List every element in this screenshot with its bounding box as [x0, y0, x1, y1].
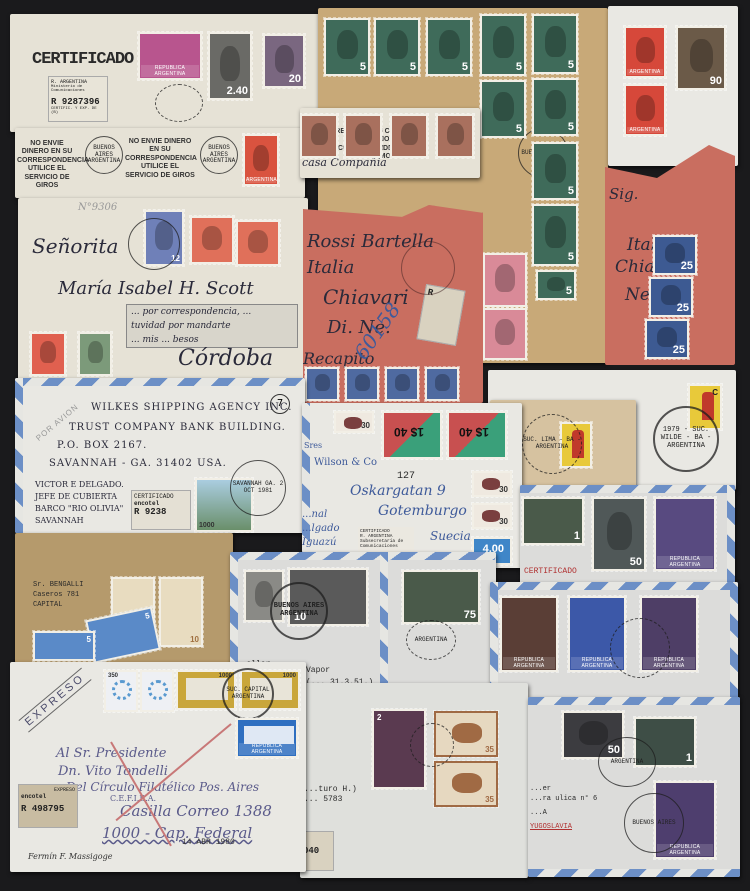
postmark-savannah: SAVANNAH GA. 2 OCT 1981 — [230, 460, 286, 516]
typed-line: Vapor — [306, 666, 330, 675]
stamp — [345, 367, 379, 401]
certificado-heading: CERTIFICADO — [32, 50, 133, 69]
address-line: CAPITAL — [33, 601, 62, 609]
stamp: 25 — [645, 319, 689, 359]
stamp — [436, 114, 474, 158]
stamp-portrait-20: 20 — [263, 34, 305, 88]
address-line: Casilla Correo 1388 — [120, 802, 272, 820]
stamp-red — [190, 216, 234, 264]
cover-certificado: CERTIFICADO R. ARGENTINA Ministerio de C… — [10, 14, 330, 132]
reference-number: 127 — [397, 471, 415, 482]
stamp — [425, 367, 459, 401]
registration-label: R. ARGENTINA Ministerio de Comunicacione… — [48, 76, 108, 122]
stamp: 5 — [532, 14, 578, 74]
stamp: 25 — [653, 235, 697, 275]
address-line: Wilson & Co — [314, 457, 377, 468]
cover-wilkes: POR AVION 7 WILKES SHIPPING AGENCY INC. … — [15, 378, 305, 533]
postmark-lima: SUC. LIMA - BA - ARGENTINA — [522, 414, 582, 474]
stamp-surcharge-1-40: 1$ 40 — [447, 411, 507, 459]
stamp: 5 — [532, 204, 578, 266]
address-line: TRUST COMPANY BANK BUILDING. — [69, 422, 286, 433]
stamp-portrait-50: 50 — [592, 497, 646, 571]
sender-line: Iguazú — [302, 537, 336, 548]
date-stamp: 14 ABR 1980 — [182, 838, 235, 847]
stamp: 5 — [532, 78, 578, 136]
stamp-green — [78, 332, 112, 376]
typed-line: ...ra ulica n° 6 — [530, 795, 597, 803]
cover-slogan-strip: NO ENVIE DINERO EN SU CORRESPONDENCIA UT… — [15, 128, 305, 198]
address-line: Italia — [307, 257, 354, 278]
postmark — [401, 241, 455, 295]
postmark-argentina: ARGENTINA — [598, 737, 656, 787]
address-line: Gotemburgo — [378, 503, 467, 519]
stamp: 5 — [532, 142, 578, 200]
postmark — [410, 723, 454, 767]
postmark: BUENOS AIRES ARGENTINA — [85, 136, 123, 174]
sender-line: ...lgado — [302, 523, 340, 534]
cover-wilson: 30 1$ 40 1$ 40 Sres Wilson & Co 127 Oska… — [302, 403, 522, 568]
registration-label: CERTIFICADO encotel R 9238 — [131, 490, 191, 530]
stamp-san-martin-red: ARGENTINA — [624, 84, 666, 136]
stamp-exposicion-brown: REPUBLICA ARGENTINA — [500, 596, 558, 672]
stamp — [305, 367, 339, 401]
address-line: Caseros 781 — [33, 591, 79, 599]
stamp-10: 10 — [159, 577, 203, 647]
stamp-portrait-2-40: 2.40 — [208, 32, 252, 100]
postmark — [610, 618, 670, 678]
destination-city: Córdoba — [178, 346, 273, 371]
stamp: 5 — [480, 14, 526, 76]
sender-line: VICTOR E DELGADO. — [35, 480, 124, 489]
stamp — [385, 367, 419, 401]
cover-senorita: N°9306 Señorita María Isabel H. Scott ..… — [18, 198, 308, 380]
address-line: P.O. BOX 2167. — [57, 440, 147, 451]
stamp-red — [236, 220, 280, 266]
address-line: Dn. Vito Tondelli — [58, 764, 168, 779]
stamp: 5 — [374, 18, 420, 76]
stamp-san-martin-red: ARGENTINA — [624, 26, 666, 78]
postmark-argentina: ARGENTINA — [406, 620, 456, 660]
stamp: 5 — [536, 270, 576, 300]
stamp-exposicion: REPUBLICA ARGENTINA — [654, 497, 716, 571]
stamp — [300, 114, 338, 158]
stamp-pink-5 — [483, 253, 527, 307]
stamp-portrait-90: 90 — [676, 26, 726, 90]
addressee-name: María Isabel H. Scott — [58, 278, 254, 299]
stamp: 5 — [480, 80, 526, 138]
typed-line: ...turo H.) — [304, 785, 357, 794]
cover-expreso: EXPRESO 350 1000 1000 SUC. CAPITAL ARGEN… — [10, 662, 306, 872]
stamp-surcharge-1-40: 1$ 40 — [382, 411, 442, 459]
registration-label: EXPRESO encotel R 498795 — [18, 784, 78, 828]
stamp: 5 — [426, 18, 472, 76]
address-line: Suecia — [430, 529, 471, 543]
cover-la-plata: REGISTRE SU CAMBIO DE DOMICILIO Y SU COR… — [300, 108, 480, 178]
stamp-blue-5: 5 — [33, 631, 95, 661]
stamp-30: 30 — [334, 411, 374, 433]
sender-line: JEFE DE CUBIERTA — [35, 492, 117, 501]
stamp-red-argentina: ARGENTINA — [243, 134, 279, 186]
slogan-cancel: NO ENVIE DINERO EN SU CORRESPONDENCIA UT… — [125, 138, 195, 180]
typed-line: ...er — [530, 785, 551, 793]
stamp: 25 — [649, 277, 693, 317]
cover-bengalli: Sr. BENGALLI Caseros 781 CAPITAL 10 10 5… — [15, 533, 233, 663]
sender-line: ...nal — [302, 509, 327, 520]
cover-italia-right: Sig. Italia Chiavari Ne. 252525 — [605, 145, 735, 365]
destination-country: YUGOSLAVIA — [530, 823, 572, 831]
address-line: Al Sr. Presidente — [56, 746, 166, 761]
stamp — [390, 114, 428, 158]
postmark — [155, 84, 203, 122]
cover-italia: Rossi Bartella Italia Chiavari Di. Ne. R… — [303, 205, 483, 403]
cover-exposicion-bottom: REPUBLICA ARGENTINA REPUBLICA ARGENTINA … — [490, 582, 738, 698]
postmark: BUENOS AIRES ARGENTINA — [200, 136, 238, 174]
postmark-wilde: 1979 - SUC. WILDE - BA - ARGENTINA — [653, 406, 719, 472]
certificado-text: CERTIFICADO — [524, 567, 577, 576]
pencil-note: N°9306 — [78, 202, 117, 213]
slogan-cancel: NO ENVIE DINERO EN SU CORRESPONDENCIA UT… — [17, 140, 77, 190]
enclosed-letter: ... por correspondencia, ... tuvidad por… — [126, 304, 298, 348]
stamp-san-martin-75: 75 — [402, 570, 480, 624]
stamp-two-portraits: REPUBLICA ARGENTINA — [138, 32, 202, 80]
stamp-30: 30 — [472, 503, 512, 529]
stamp-30: 30 — [472, 471, 512, 497]
stamp: 5 — [324, 18, 370, 76]
sender-line: SAVANNAH — [35, 516, 84, 525]
stamp-sun-350 — [140, 670, 174, 712]
cover-sanmartin-90: ARGENTINA ARGENTINA 90 — [608, 6, 738, 166]
address-line: Sres — [304, 441, 322, 450]
address-line: SAVANNAH - GA. 31402 USA. — [49, 458, 227, 469]
cover-yugoslavia: 50 1 ARGENTINA REPUBLICA ARGENTINA BUENO… — [528, 697, 740, 877]
typed-line: ... 5783 — [304, 795, 342, 804]
stamp-sun-350: 350 — [104, 670, 138, 712]
postmark — [128, 218, 180, 270]
stamp-building-1: 1 — [522, 497, 584, 545]
sender-name: Fermín F. Massigoge — [28, 852, 112, 861]
addressee-title: Señorita — [32, 234, 118, 258]
address-line: Oskargatan 9 — [350, 483, 446, 499]
address-line: Sr. BENGALLI — [33, 581, 83, 589]
stamp-red-small — [30, 332, 66, 376]
stamp-codigo-postal-20: REPUBLICA ARGENTINA — [236, 718, 298, 758]
cover-exposicion-top: CERTIFICADO 1 50 REPUBLICA ARGENTINA — [520, 485, 735, 585]
address-line: WILKES SHIPPING AGENCY INC. — [91, 402, 292, 413]
postmark-buenos-aires: BUENOS AIRES — [624, 793, 684, 853]
postmark-capital: SUC. CAPITAL ARGENTINA — [222, 668, 274, 720]
sender-line: BARCO "RIO OLIVIA" — [35, 504, 123, 513]
postmark-buenos-aires: BUENOS AIRES ARGENTINA — [270, 582, 328, 640]
stamp-pink-5 — [483, 308, 527, 360]
stamp-blue-5: 5 — [85, 606, 161, 663]
stamp-merino-35: 35 — [434, 761, 498, 807]
typed-line: ...A — [530, 809, 547, 817]
cover-merino: 2 35 35 ...turo H.) ... 5783 040 — [300, 683, 528, 878]
stamp — [344, 114, 382, 158]
address-line: Sig. — [609, 185, 638, 203]
expreso-heading: EXPRESO — [18, 667, 91, 732]
